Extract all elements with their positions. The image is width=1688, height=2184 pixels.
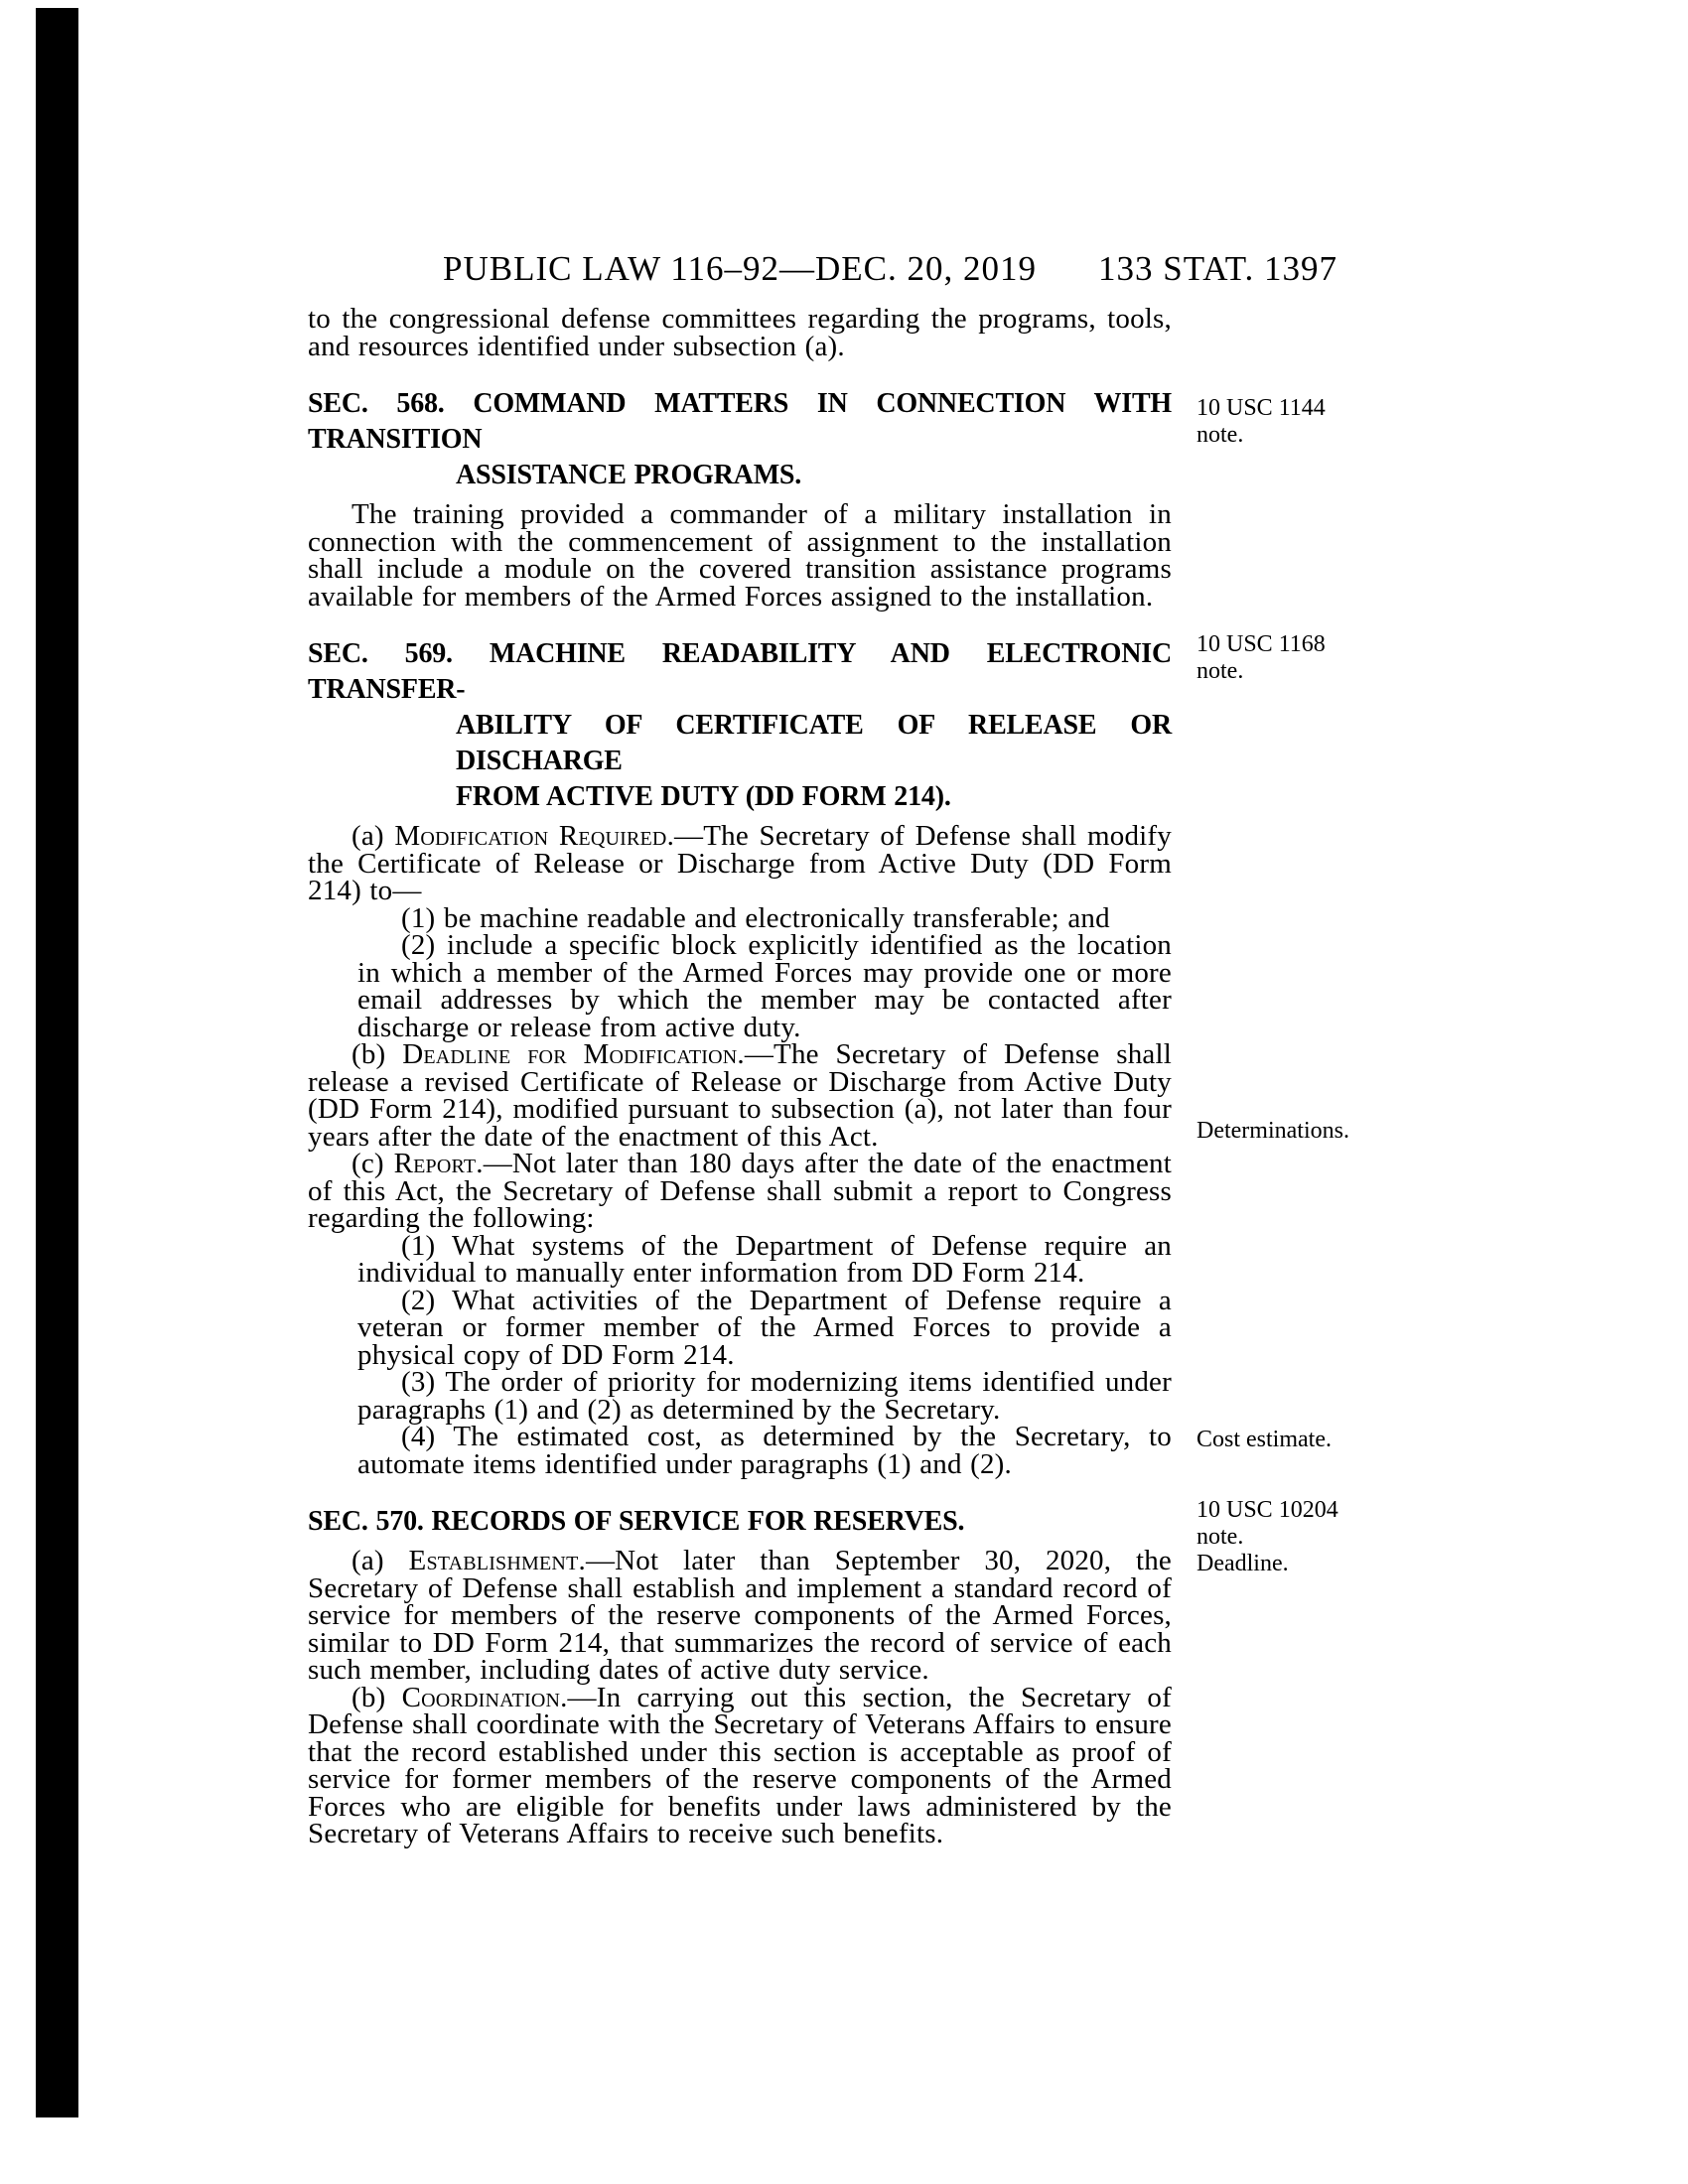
- margin-note-line: Determinations.: [1196, 1118, 1455, 1145]
- statute-text-column: to the congressional defense committees …: [308, 306, 1172, 1848]
- margin-note: 10 USC 10204note.Deadline.: [1196, 1497, 1455, 1577]
- statute-paragraph: The training provided a commander of a m…: [308, 501, 1172, 611]
- text-run: (2) What activities of the Department of…: [357, 1285, 1172, 1371]
- section-heading-line: FROM ACTIVE DUTY (DD FORM 214).: [456, 779, 1172, 815]
- text-run: (3) The order of priority for modernizin…: [357, 1366, 1172, 1426]
- statute-paragraph: (b) Deadline for Modification.—The Secre…: [308, 1041, 1172, 1151]
- section-heading-line: SEC. 569. MACHINE READABILITY AND ELECTR…: [308, 636, 1172, 708]
- section-heading-line: ABILITY OF CERTIFICATE OF RELEASE OR DIS…: [456, 708, 1172, 779]
- section-heading: SEC. 569. MACHINE READABILITY AND ELECTR…: [308, 636, 1172, 815]
- margin-note-line: note.: [1196, 422, 1455, 449]
- section-heading: SEC. 568. COMMAND MATTERS IN CONNECTION …: [308, 386, 1172, 493]
- margin-note: Cost estimate.: [1196, 1427, 1455, 1453]
- statute-paragraph: (2) What activities of the Department of…: [357, 1288, 1172, 1370]
- running-head-public-law: PUBLIC LAW 116–92—DEC. 20, 2019: [308, 250, 1172, 288]
- statute-paragraph: (2) include a specific block explicitly …: [357, 932, 1172, 1041]
- statute-paragraph: (4) The estimated cost, as determined by…: [357, 1424, 1172, 1478]
- margin-note-line: note.: [1196, 658, 1455, 685]
- margin-note-line: 10 USC 1168: [1196, 631, 1455, 658]
- running-head-stat-page-number: 133 STAT. 1397: [1098, 250, 1337, 288]
- text-run: (2) include a specific block explicitly …: [357, 929, 1172, 1043]
- statute-page: PUBLIC LAW 116–92—DEC. 20, 2019 133 STAT…: [0, 0, 1688, 2184]
- statute-paragraph: (a) Modification Required.—The Secretary…: [308, 823, 1172, 905]
- statute-paragraph: (a) Establishment.—Not later than Septem…: [308, 1548, 1172, 1685]
- statute-paragraph: (1) be machine readable and electronical…: [357, 905, 1172, 933]
- margin-note: 10 USC 1144note.: [1196, 395, 1455, 449]
- margin-note: 10 USC 1168note.: [1196, 631, 1455, 685]
- margin-note-line: note.: [1196, 1524, 1455, 1551]
- margin-note-line: 10 USC 10204: [1196, 1497, 1455, 1524]
- section-heading: SEC. 570. RECORDS OF SERVICE FOR RESERVE…: [308, 1504, 1172, 1540]
- binding-edge-bar: [36, 8, 78, 2117]
- margin-note: Determinations.: [1196, 1118, 1455, 1145]
- text-run: (4) The estimated cost, as determined by…: [357, 1421, 1172, 1480]
- statute-paragraph: (b) Coordination.—In carrying out this s…: [308, 1685, 1172, 1848]
- section-heading-line: ASSISTANCE PROGRAMS.: [456, 458, 1172, 493]
- text-run: (1) What systems of the Department of De…: [357, 1230, 1172, 1290]
- section-heading-line: SEC. 570. RECORDS OF SERVICE FOR RESERVE…: [308, 1504, 1172, 1540]
- statute-paragraph: (3) The order of priority for modernizin…: [357, 1369, 1172, 1424]
- margin-note-line: Cost estimate.: [1196, 1427, 1455, 1453]
- statute-paragraph: (c) Report.—Not later than 180 days afte…: [308, 1151, 1172, 1233]
- statute-paragraph: (1) What systems of the Department of De…: [357, 1233, 1172, 1288]
- margin-note-line: 10 USC 1144: [1196, 395, 1455, 422]
- text-run: to the congressional defense committees …: [308, 303, 1172, 362]
- section-heading-line: SEC. 568. COMMAND MATTERS IN CONNECTION …: [308, 386, 1172, 458]
- continuation-paragraph: to the congressional defense committees …: [308, 306, 1172, 360]
- text-run: The training provided a commander of a m…: [308, 498, 1172, 613]
- margin-note-line: Deadline.: [1196, 1551, 1455, 1577]
